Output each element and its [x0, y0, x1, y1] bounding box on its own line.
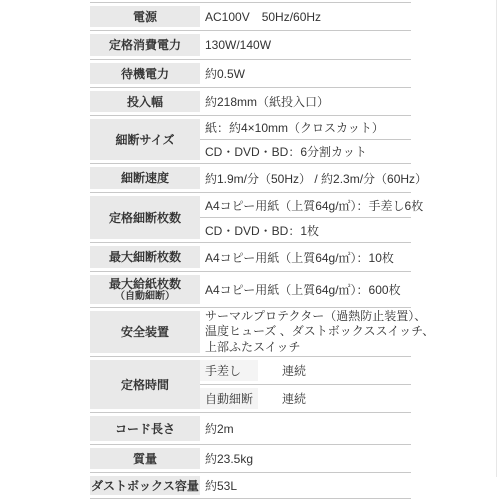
spec-sublabel: 手差し [200, 360, 258, 381]
spec-label-cell: 待機電力 [90, 60, 200, 87]
spec-subrow: 手差し連続 [200, 357, 411, 385]
spec-label: 定格細断枚数 [109, 211, 181, 225]
spec-label: 定格時間 [121, 378, 169, 392]
spec-label-cell: 定格消費電力 [90, 31, 200, 59]
spec-value: CD・DVD・BD：1枚 [205, 222, 319, 239]
spec-value-cell: 約218mm（紙投入口） [200, 88, 411, 115]
spec-subvalue: 紙：約4×10mm（クロスカット） [200, 116, 411, 140]
spec-subvalue: CD・DVD・BD：1枚 [200, 218, 411, 242]
spec-label: 待機電力 [121, 67, 169, 81]
spec-row: 電源AC100V 50Hz/60Hz [90, 3, 411, 31]
spec-value-cell: 手差し連続自動細断連続 [200, 357, 411, 412]
spec-row: 最大給紙枚数（自動細断）A4コピー用紙（上質64g/㎡）：600枚 [90, 272, 411, 308]
spec-row: 待機電力約0.5W [90, 60, 411, 88]
page: 電源AC100V 50Hz/60Hz定格消費電力130W/140W待機電力約0.… [0, 0, 500, 500]
spec-value: 約23.5kg [205, 450, 253, 467]
spec-value-line: 上部ふたスイッチ [205, 340, 411, 356]
spec-value: 約218mm（紙投入口） [205, 93, 329, 110]
spec-value-cell: サーマルプロテクター（過熱防止装置）、温度ヒューズ 、ダストボックススイッチ、上… [200, 308, 411, 356]
spec-value-cell: AC100V 50Hz/60Hz [200, 3, 411, 30]
spec-subrow-value: 連続 [282, 390, 306, 407]
spec-row: コード長さ約2m [90, 413, 411, 445]
spec-value: CD・DVD・BD：6分割カット [205, 143, 367, 160]
spec-label-box: 定格細断枚数 [90, 196, 200, 239]
spec-row: 細断速度約1.9m/分（50Hz） / 約2.3m/分（60Hz） [90, 164, 411, 193]
spec-value-cell: 約2m [200, 413, 411, 444]
spec-value: 130W/140W [205, 38, 271, 52]
spec-label: ダストボックス容量 [91, 479, 199, 493]
spec-label-cell: 投入幅 [90, 88, 200, 115]
spec-row: 質量約23.5kg [90, 445, 411, 473]
spec-value-line: 温度ヒューズ 、ダストボックススイッチ、 [205, 324, 411, 340]
spec-label: 質量 [133, 452, 157, 466]
spec-subvalue: A4コピー用紙（上質64g/㎡）：手差し6枚 [200, 193, 411, 218]
spec-label-box: コード長さ [90, 416, 200, 441]
spec-value-cell: A4コピー用紙（上質64g/㎡）：600枚 [200, 272, 411, 307]
spec-value-line: サーマルプロテクター（過熱防止装置）、 [205, 309, 411, 325]
spec-label-cell: ダストボックス容量 [90, 473, 200, 498]
spec-label-cell: コード長さ [90, 413, 200, 444]
spec-value: 約2m [205, 420, 234, 437]
spec-label: 最大細断枚数 [109, 250, 181, 264]
spec-row: 投入幅約218mm（紙投入口） [90, 88, 411, 116]
spec-subrow-value: 連続 [282, 362, 306, 379]
spec-value-cell: A4コピー用紙（上質64g/㎡）：10枚 [200, 243, 411, 271]
spec-value: A4コピー用紙（上質64g/㎡）：600枚 [205, 281, 401, 298]
spec-subrow-value-cell: 連続 [258, 385, 411, 412]
spec-label: 投入幅 [127, 95, 163, 109]
spec-label-box: 細断サイズ [90, 119, 200, 160]
spec-label-cell: 細断サイズ [90, 116, 200, 163]
spec-row: 定格時間手差し連続自動細断連続 [90, 357, 411, 413]
spec-value-cell: A4コピー用紙（上質64g/㎡）：手差し6枚CD・DVD・BD：1枚 [200, 193, 411, 242]
spec-label-cell: 安全装置 [90, 308, 200, 356]
spec-value: 約53L [205, 477, 237, 494]
spec-label-box: 安全装置 [90, 311, 200, 353]
spec-label-note: （自動細断） [115, 291, 175, 303]
spec-label-box: 最大給紙枚数（自動細断） [90, 275, 200, 304]
spec-subrow: 自動細断連続 [200, 385, 411, 412]
spec-value-cell: 紙：約4×10mm（クロスカット）CD・DVD・BD：6分割カット [200, 116, 411, 163]
spec-value-cell: 約0.5W [200, 60, 411, 87]
spec-value: 紙：約4×10mm（クロスカット） [205, 119, 384, 136]
spec-value: 約0.5W [205, 65, 245, 82]
spec-label: 細断サイズ [115, 133, 174, 147]
spec-label-cell: 最大給紙枚数（自動細断） [90, 272, 200, 307]
spec-row: 安全装置サーマルプロテクター（過熱防止装置）、温度ヒューズ 、ダストボックススイ… [90, 308, 411, 357]
spec-label-cell: 定格細断枚数 [90, 193, 200, 242]
spec-row: 最大細断枚数A4コピー用紙（上質64g/㎡）：10枚 [90, 243, 411, 272]
spec-subvalue: CD・DVD・BD：6分割カット [200, 140, 411, 163]
spec-sublabel-cell: 手差し [200, 357, 258, 384]
spec-row: 定格消費電力130W/140W [90, 31, 411, 60]
spec-value-cell: 約23.5kg [200, 445, 411, 472]
spec-label-cell: 質量 [90, 445, 200, 472]
spec-label: 細断速度 [121, 171, 169, 185]
spec-label-cell: 細断速度 [90, 164, 200, 192]
spec-label-box: 細断速度 [90, 167, 200, 189]
spec-label: 定格消費電力 [109, 38, 181, 52]
spec-label: 最大給紙枚数 [109, 277, 181, 291]
spec-label-box: 定格時間 [90, 360, 200, 409]
spec-value-cell: 130W/140W [200, 31, 411, 59]
spec-subrow-value-cell: 連続 [258, 357, 411, 384]
spec-label-box: 電源 [90, 6, 200, 27]
spec-value: AC100V 50Hz/60Hz [205, 8, 321, 25]
spec-value-cell: 約1.9m/分（50Hz） / 約2.3m/分（60Hz） [200, 164, 411, 192]
spec-sublabel: 自動細断 [200, 388, 258, 409]
spec-label-cell: 定格時間 [90, 357, 200, 412]
spec-sublabel-cell: 自動細断 [200, 385, 258, 412]
spec-value-cell: 約53L [200, 473, 411, 498]
spec-label-box: 最大細断枚数 [90, 246, 200, 268]
spec-label-box: ダストボックス容量 [90, 476, 200, 495]
spec-label-box: 質量 [90, 448, 200, 469]
spec-row: ダストボックス容量約53L [90, 473, 411, 499]
spec-value: A4コピー用紙（上質64g/㎡）：10枚 [205, 249, 394, 266]
spec-label-box: 待機電力 [90, 63, 200, 84]
spec-label: 安全装置 [121, 325, 169, 339]
page-right-border [496, 0, 497, 477]
spec-label-cell: 電源 [90, 3, 200, 30]
spec-label: コード長さ [115, 422, 175, 436]
spec-label-box: 投入幅 [90, 91, 200, 112]
spec-value: 約1.9m/分（50Hz） / 約2.3m/分（60Hz） [205, 170, 427, 187]
spec-label-box: 定格消費電力 [90, 34, 200, 56]
spec-table: 電源AC100V 50Hz/60Hz定格消費電力130W/140W待機電力約0.… [90, 2, 411, 499]
spec-value: A4コピー用紙（上質64g/㎡）：手差し6枚 [205, 197, 423, 214]
spec-label: 電源 [133, 10, 157, 24]
spec-row: 細断サイズ紙：約4×10mm（クロスカット）CD・DVD・BD：6分割カット [90, 116, 411, 164]
spec-label-cell: 最大細断枚数 [90, 243, 200, 271]
spec-row: 定格細断枚数A4コピー用紙（上質64g/㎡）：手差し6枚CD・DVD・BD：1枚 [90, 193, 411, 243]
